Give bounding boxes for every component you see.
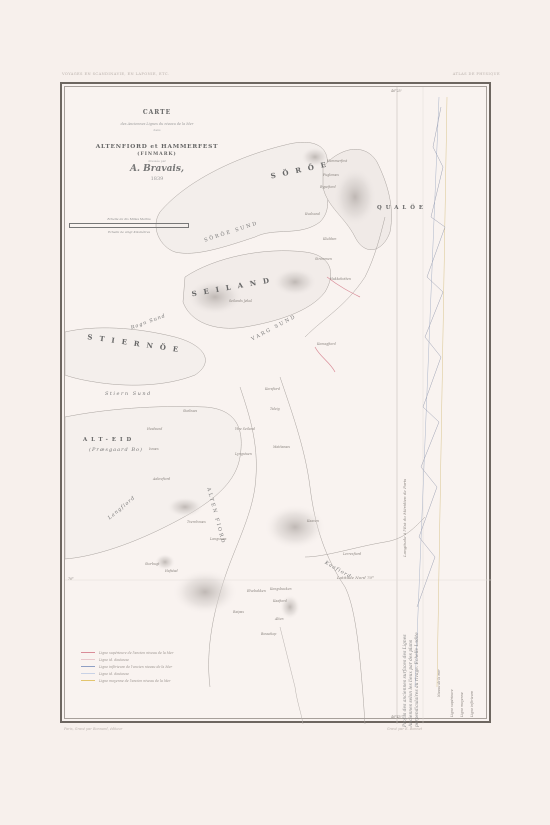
meridian-label: Longitude à l'Est du Méridien de Paris <box>402 479 407 557</box>
coord-lat-left: 70° <box>68 577 74 581</box>
legend-label: Ligne inférieure de l'ancien niveau de l… <box>99 665 172 669</box>
label-alteid: ALT-EID <box>83 437 135 443</box>
title-cartouche: CARTE des Anciennes Lignes du niveau de … <box>87 109 227 182</box>
place-label: Bossekop <box>261 632 276 636</box>
place-label: Kaaven <box>307 519 319 523</box>
profile-line-label: Ligne supérieure <box>450 689 454 717</box>
place-label: Storbugt <box>145 562 159 566</box>
place-label: Rypefiord <box>320 185 336 189</box>
place-label: Korsfiord <box>265 387 280 391</box>
legend-item: Ligne id. douteuse <box>81 656 173 663</box>
page-footer-right: Gravé par E. Bonnet <box>387 727 422 731</box>
place-label: Hafstad <box>165 569 178 573</box>
title-carte: CARTE <box>87 109 227 116</box>
legend-label: Ligne id. douteuse <box>99 658 129 662</box>
scale-graduation <box>69 223 189 228</box>
legend-item: Ligne inférieure de l'ancien niveau de l… <box>81 663 173 670</box>
place-label: Komagfiord <box>317 342 336 346</box>
place-label: Strömmen <box>315 257 332 261</box>
place-label: Aakrefiord <box>153 477 170 481</box>
scale-caption-top: Echelle de dix Milles Marins <box>69 217 189 221</box>
place-label: Kvalsund <box>305 212 320 216</box>
profile-line-label: Ligne moyenne <box>460 692 464 717</box>
legend: Ligne supérieure de l'ancien niveau de l… <box>81 649 173 684</box>
title-year: 1839 <box>87 176 227 182</box>
coord-top: 46°25' <box>391 89 402 93</box>
place-label: Hvalsund <box>147 427 162 431</box>
legend-label: Ligne moyenne de l'ancien niveau de la M… <box>99 679 171 683</box>
place-label: Mattisnæs <box>273 445 290 449</box>
place-label: Steilnæs <box>183 409 197 413</box>
title-main: ALTENFIORD et HAMMERFEST <box>87 144 227 150</box>
page-header-left: Voyages en Scandinavie, en Laponie, etc. <box>62 72 169 76</box>
place-label: Ytre Seiland <box>235 427 255 431</box>
legend-swatch <box>81 680 95 681</box>
place-label: Talvig <box>270 407 280 411</box>
place-label: Tverelvnæs <box>187 520 206 524</box>
title-region: (FINMARK) <box>87 152 227 157</box>
profile-axis-label: Niveau de la mer <box>437 669 441 697</box>
place-label: Lerresfiord <box>343 552 361 556</box>
label-stiern-sund: Stiern Sund <box>105 391 152 397</box>
scale-caption-bottom: Echelle de vingt Kilomètres <box>69 230 189 234</box>
scale-bar: Echelle de dix Milles Marins Echelle de … <box>69 217 189 234</box>
profile-note: Profils des anciennes surfaces des Ligne… <box>403 632 421 727</box>
title-subtitle: des Anciennes Lignes du niveau de la Mer <box>87 122 227 126</box>
legend-item: Ligne id. douteuse <box>81 670 173 677</box>
legend-item: Ligne moyenne de l'ancien niveau de la M… <box>81 677 173 684</box>
legend-label: Ligne supérieure de l'ancien niveau de l… <box>99 651 173 655</box>
label-qualoe: QUALÖE <box>377 205 427 211</box>
legend-swatch <box>81 666 95 667</box>
place-label: Kaafiord <box>273 599 287 603</box>
legend-swatch <box>81 659 95 660</box>
legend-swatch <box>81 652 95 653</box>
place-label: Elvebakken <box>247 589 266 593</box>
map-inner-border: CARTE des Anciennes Lignes du niveau de … <box>64 86 487 719</box>
page-footer-left: Paris, Gravé par Bonnard, éditeur <box>64 727 122 731</box>
title-par: dressée par <box>87 159 227 163</box>
place-label: Seilands Jøkul <box>229 299 252 303</box>
place-label: Lyngstuen <box>235 452 252 456</box>
island-stiernoe <box>65 328 205 385</box>
title-dans: dans <box>87 128 227 132</box>
place-label: Hammerfest <box>327 159 347 163</box>
place-label: Raipas <box>233 610 244 614</box>
legend-swatch <box>81 673 95 674</box>
label-praesgaard: (Præsgaard Bo) <box>89 447 143 453</box>
profile-line-label: Ligne inférieure <box>470 691 474 717</box>
profile-diagram <box>415 97 447 687</box>
page-header-right: Atlas de Physique <box>453 72 500 76</box>
map-frame: CARTE des Anciennes Lignes du niveau de … <box>60 82 491 723</box>
legend-item: Ligne supérieure de l'ancien niveau de l… <box>81 649 173 656</box>
lat-label: Latitude Nord 70° <box>337 575 374 580</box>
coord-bottom: 46°45' <box>391 715 402 719</box>
place-label: Klubben <box>323 237 336 241</box>
place-label: Kongsbacken <box>270 587 292 591</box>
place-label: Isnæs <box>149 447 159 451</box>
legend-label: Ligne id. douteuse <box>99 672 129 676</box>
alten-fiord-coast-east <box>280 377 365 724</box>
place-label: Fuglenæs <box>323 173 339 177</box>
place-label: Langsnæs <box>210 537 226 541</box>
place-label: Hakkebotten <box>330 277 351 281</box>
place-label: Alten <box>275 617 284 621</box>
map-canvas <box>65 87 492 724</box>
title-author: A. Bravais, <box>87 164 227 174</box>
